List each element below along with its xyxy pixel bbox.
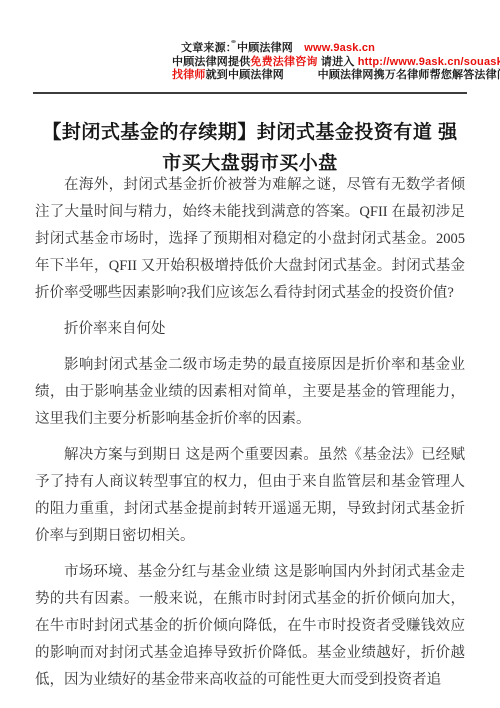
source-label: 文章来源：中顾法律网 [181, 42, 304, 54]
find-lawyer-highlight: 找律师 [172, 69, 206, 81]
source-line3-text2: 中顾法律网携万名律师帮您解答法律问题 [318, 69, 500, 81]
doc-paragraph: 在海外，封闭式基金折价被誉为难解之谜，尽管有无数学者倾注了大量时间与精力，始终未… [35, 172, 465, 307]
doc-paragraph: 市场环境、基金分红与基金业绩 这是影响国内外封闭式基金走势的共有因素。一般来说，… [35, 559, 465, 694]
source-site-url: www.9ask.cn [304, 42, 375, 54]
source-line3-text: 就到中顾法律网 [206, 69, 284, 81]
doc-subheading: 折价率来自何处 [35, 316, 465, 343]
document-page: 文章来源：中顾法律网 www.9ask.cn 中顾法律网提供免费法律咨询 请进入… [0, 0, 500, 708]
source-line2-text: 中顾法律网提供 [172, 56, 250, 68]
source-line-2: 中顾法律网提供免费法律咨询 请进入 http://www.9ask.cn/sou… [172, 56, 500, 70]
doc-body: 在海外，封闭式基金折价被誉为难解之谜，尽管有无数学者倾注了大量时间与精力，始终未… [35, 172, 465, 703]
doc-title: 【封闭式基金的存续期】封闭式基金投资有道 强市买大盘弱市买小盘 [35, 117, 465, 179]
source-line3-gap [284, 69, 318, 81]
header-divider [33, 92, 467, 94]
source-header: 文章来源：中顾法律网 www.9ask.cn 中顾法律网提供免费法律咨询 请进入… [172, 42, 500, 83]
source-line-3: 找律师就到中顾法律网 中顾法律网携万名律师帮您解答法律问题 [172, 69, 500, 83]
free-consult-highlight: 免费法律咨询 [250, 56, 317, 68]
doc-paragraph: 解决方案与到期日 这是两个重要因素。虽然《基金法》已经赋予了持有人商议转型事宜的… [35, 442, 465, 550]
souask-url: http://www.9ask.cn/souask/ [358, 56, 500, 68]
source-line-1: 文章来源：中顾法律网 www.9ask.cn [172, 42, 500, 56]
doc-paragraph: 影响封闭式基金二级市场走势的最直接原因是折价率和基金业绩，由于影响基金业绩的因素… [35, 352, 465, 433]
source-line2-text2: 请进入 [318, 56, 358, 68]
